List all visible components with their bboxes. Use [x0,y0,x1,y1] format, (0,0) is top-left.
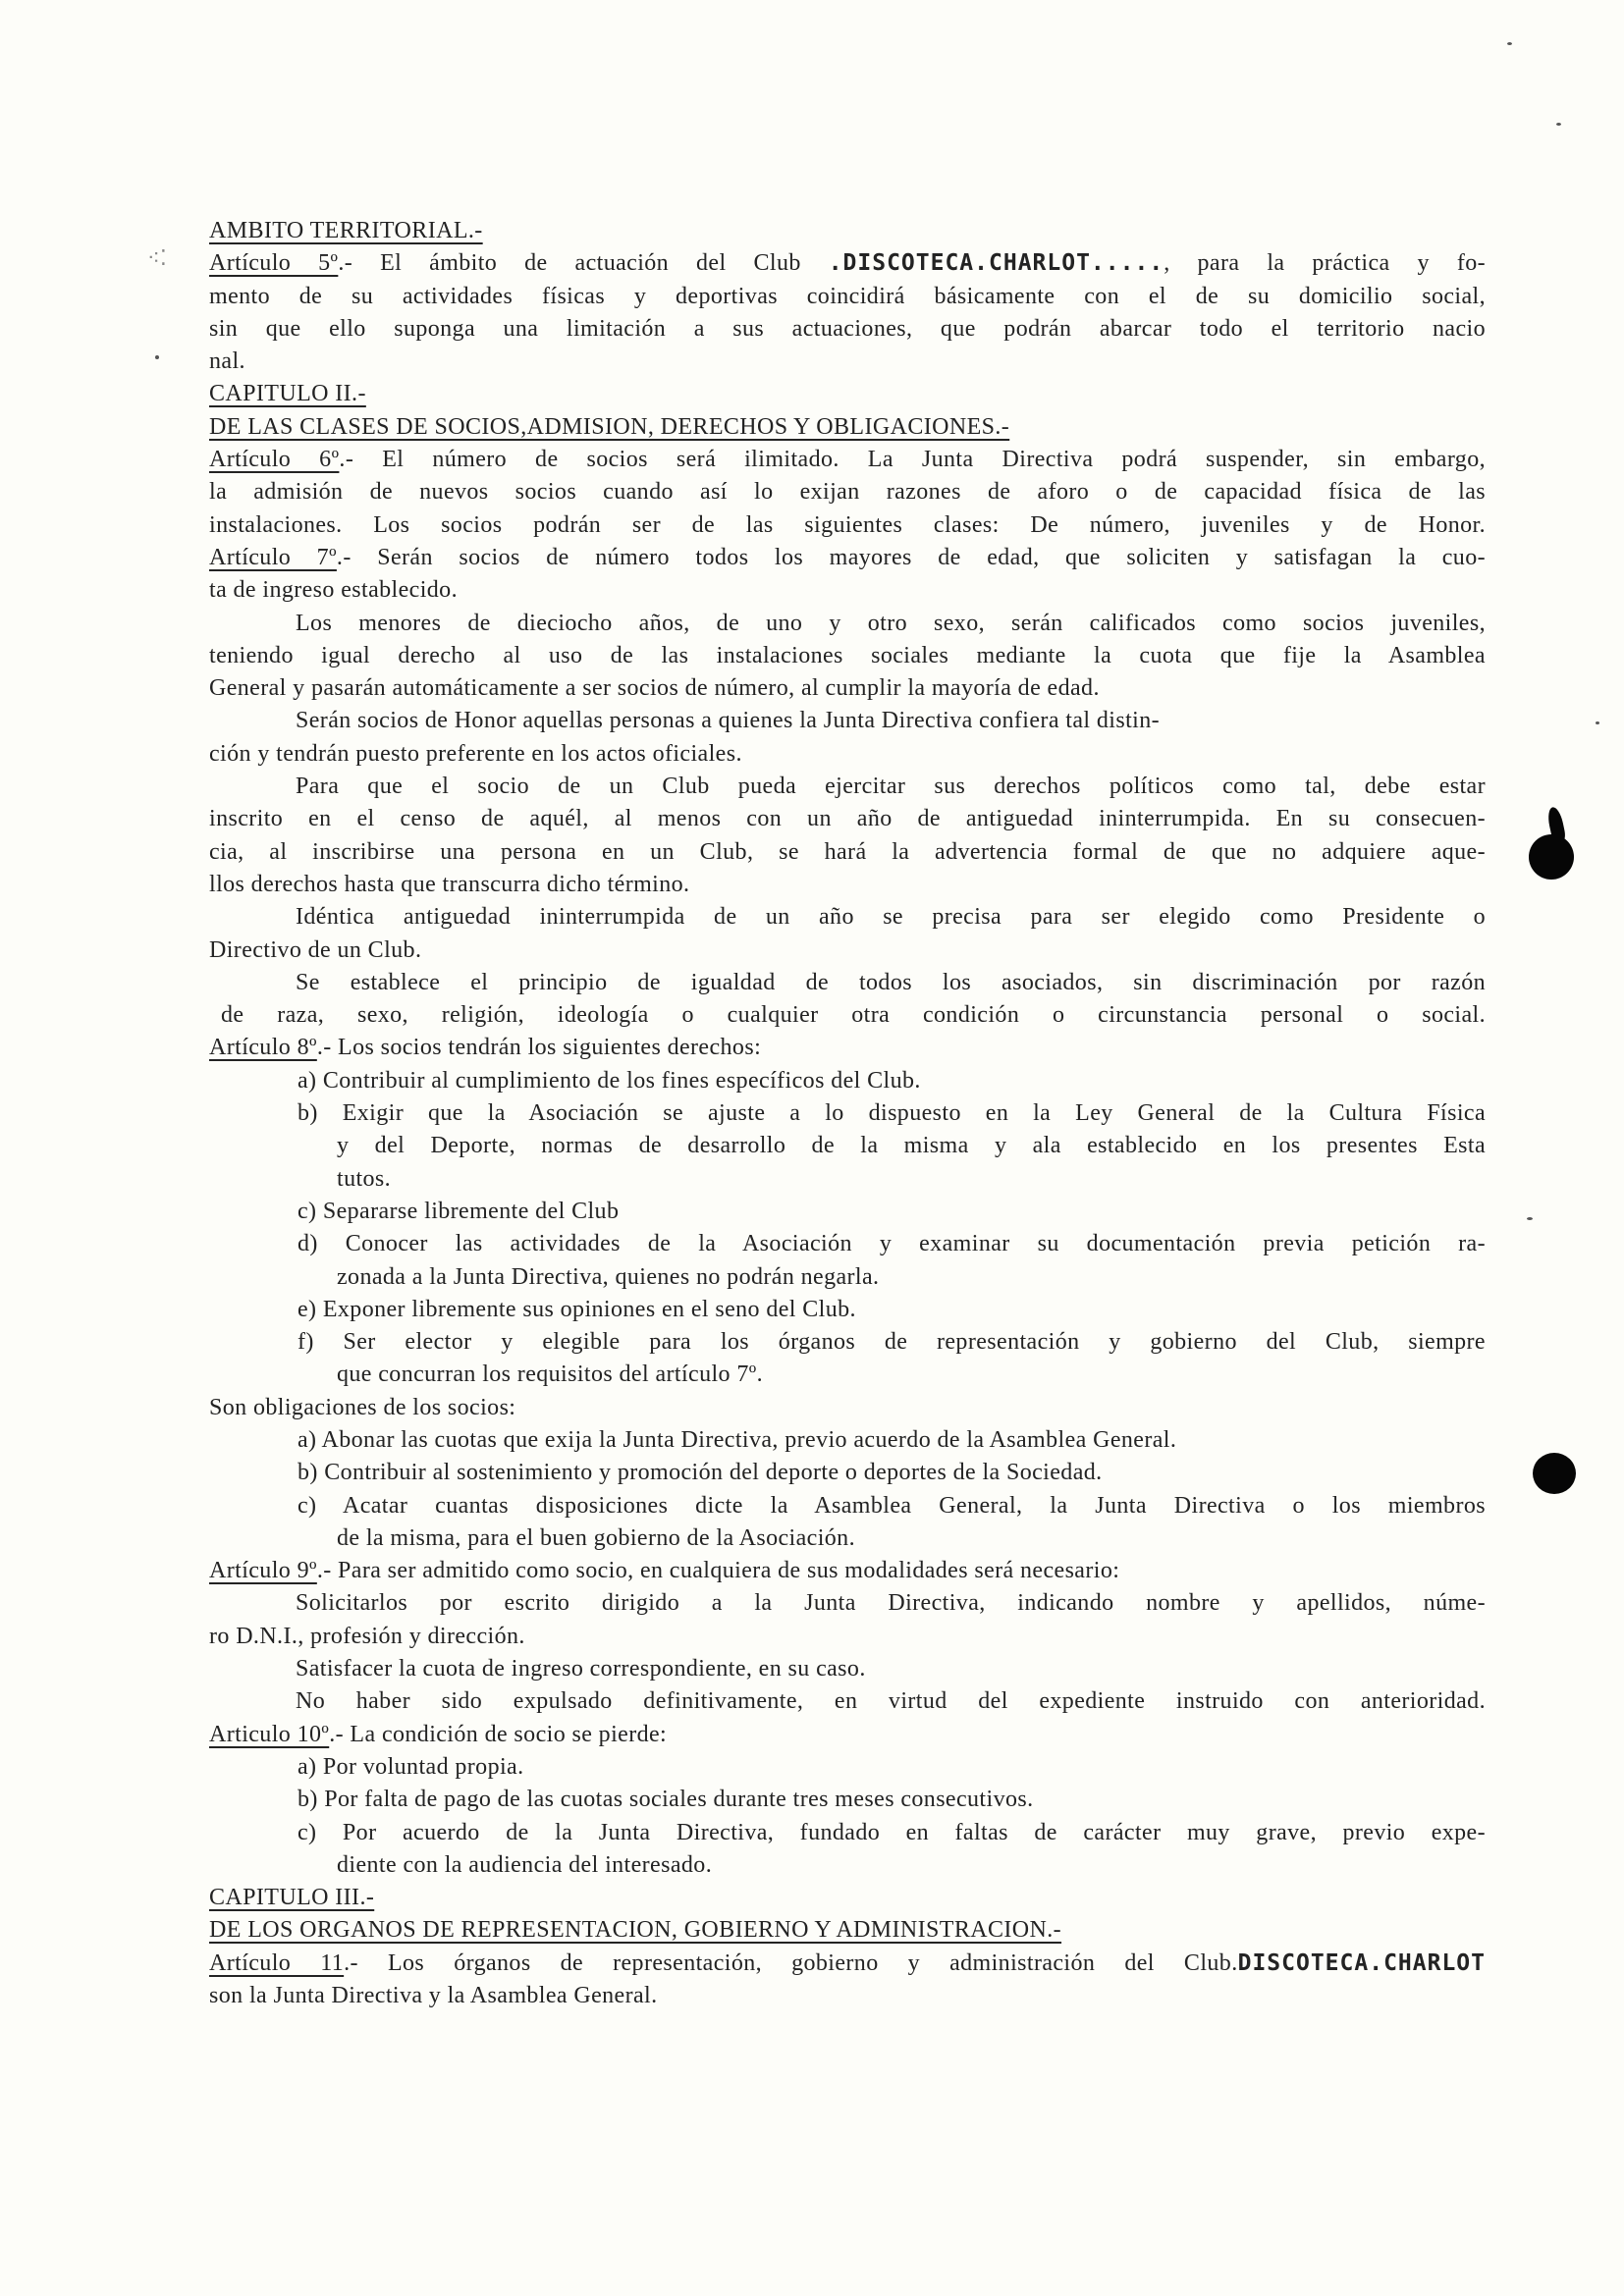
text-line: mento de su actividades físicas y deport… [209,281,1486,313]
article-11-line: Artículo 11.- Los órganos de representac… [209,1948,1486,1980]
list-item: a) Contribuir al cumplimiento de los fin… [209,1065,1486,1097]
club-name-stamp: DISCOTECA.CHARLOT [1238,1950,1486,1976]
scan-speck [1596,721,1599,724]
text-line: inscrito en el censo de aquél, al menos … [209,803,1486,835]
text-line: General y pasarán automáticamente a ser … [209,672,1486,705]
list-item-continuation: de la misma, para el buen gobierno de la… [209,1522,1486,1555]
article-10-line: Articulo 10º.- La condición de socio se … [209,1719,1486,1751]
list-item: b) Contribuir al sostenimiento y promoci… [209,1457,1486,1489]
chapter-heading-3: CAPITULO III.- [209,1882,1486,1914]
list-item-continuation: diente con la audiencia del interesado. [209,1849,1486,1882]
text-line: ción y tendrán puesto preferente en los … [209,738,1486,771]
paragraph-line: Serán socios de Honor aquellas personas … [209,705,1486,737]
article-label: Artículo 8º [209,1035,317,1060]
scan-speck [1507,42,1512,45]
scan-speck [1556,123,1561,126]
article-label: Artículo 7º [209,545,337,570]
article-9-line: Artículo 9º.- Para ser admitido como soc… [209,1555,1486,1587]
text-line: nal. [209,346,1486,378]
article-6-line: Artículo 6º.- El número de socios será i… [209,444,1486,476]
paragraph-line: Solicitarlos por escrito dirigido a la J… [209,1587,1486,1620]
list-item-continuation: tutos. [209,1163,1486,1196]
text-line: sin que ello suponga una limitación a su… [209,313,1486,346]
chapter-title-2: DE LAS CLASES DE SOCIOS,ADMISION, DERECH… [209,411,1486,444]
article-label: Artículo 11 [209,1950,344,1976]
article-label: Artículo 9º [209,1558,317,1583]
list-item: c) Por acuerdo de la Junta Directiva, fu… [209,1817,1486,1849]
text-line: Directivo de un Club. [209,934,1486,967]
article-label: Artículo 6º [209,447,339,472]
margin-annotation: ⁖⁚ [147,245,167,271]
list-item-continuation: que concurran los requisitos del artícul… [209,1359,1486,1391]
chapter-title-3: DE LOS ORGANOS DE REPRESENTACION, GOBIER… [209,1914,1486,1947]
paragraph-line: Idéntica antiguedad ininterrumpida de un… [209,901,1486,934]
obligations-intro: Son obligaciones de los socios: [209,1392,1486,1424]
scan-speck [1527,1217,1533,1220]
list-item: b) Exigir que la Asociación se ajuste a … [209,1097,1486,1130]
list-item: d) Conocer las actividades de la Asociac… [209,1228,1486,1260]
article-7-line: Artículo 7º.- Serán socios de número tod… [209,542,1486,574]
chapter-heading-2: CAPITULO II.- [209,378,1486,410]
paragraph-line: Los menores de dieciocho años, de uno y … [209,608,1486,640]
list-item: a) Por voluntad propia. [209,1751,1486,1784]
document-page: ⁖⁚ AMBITO TERRITORIAL.- Artículo 5º.- El… [0,0,1624,2296]
text-line: de raza, sexo, religión, ideología o cua… [209,999,1486,1032]
paragraph-line: Satisfacer la cuota de ingreso correspon… [209,1653,1486,1685]
list-item-continuation: y del Deporte, normas de desarrollo de l… [209,1130,1486,1162]
list-item: c) Acatar cuantas disposiciones dicte la… [209,1490,1486,1522]
document-body: AMBITO TERRITORIAL.- Artículo 5º.- El ám… [209,215,1486,2012]
text-line: instalaciones. Los socios podrán ser de … [209,509,1486,542]
text-line: ro D.N.I., profesión y dirección. [209,1621,1486,1653]
list-item: c) Separarse libremente del Club [209,1196,1486,1228]
text-line: llos derechos hasta que transcurra dicho… [209,869,1486,901]
list-item: a) Abonar las cuotas que exija la Junta … [209,1424,1486,1457]
scan-speck [155,355,159,359]
list-item: f) Ser elector y elegible para los órgan… [209,1326,1486,1359]
punch-hole-top [1529,834,1574,880]
club-name-stamp: .DISCOTECA.CHARLOT..... [829,250,1164,276]
article-5-line: Artículo 5º.- El ámbito de actuación del… [209,247,1486,280]
text-line: teniendo igual derecho al uso de las ins… [209,640,1486,672]
punch-hole-bottom [1533,1453,1576,1494]
text-line: son la Junta Directiva y la Asamblea Gen… [209,1980,1486,2012]
section-heading-ambito: AMBITO TERRITORIAL.- [209,215,1486,247]
list-item-continuation: zonada a la Junta Directiva, quienes no … [209,1261,1486,1294]
list-item: e) Exponer libremente sus opiniones en e… [209,1294,1486,1326]
paragraph-line: Para que el socio de un Club pueda ejerc… [209,771,1486,803]
text-line: cia, al inscribirse una persona en un Cl… [209,836,1486,869]
paragraph-line: Se establece el principio de igualdad de… [209,967,1486,999]
text-line: ta de ingreso establecido. [209,574,1486,607]
article-label: Articulo 10º [209,1722,329,1747]
paragraph-line: No haber sido expulsado definitivamente,… [209,1685,1486,1718]
text-line: la admisión de nuevos socios cuando así … [209,476,1486,508]
article-label: Artículo 5º [209,250,338,276]
article-8-line: Artículo 8º.- Los socios tendrán los sig… [209,1032,1486,1064]
list-item: b) Por falta de pago de las cuotas socia… [209,1784,1486,1816]
